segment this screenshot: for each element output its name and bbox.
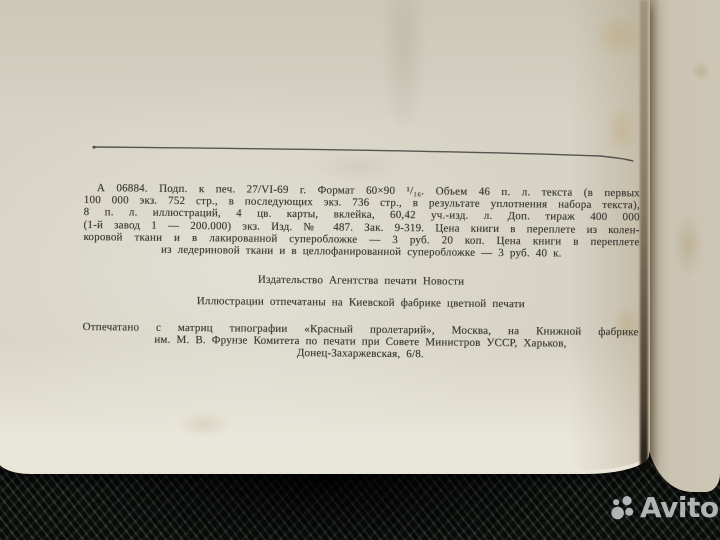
avito-watermark: Avito (610, 494, 719, 522)
page-gutter-shadow (640, 0, 648, 470)
colophon-text: А 06884. Подп. к печ. 27/VI-69 г. Формат… (82, 182, 640, 363)
avito-wordmark: Avito (640, 494, 719, 522)
book-photo: А 06884. Подп. к печ. 27/VI-69 г. Формат… (0, 0, 720, 540)
illustrations-line: Иллюстрации отпечатаны на Киевской фабри… (83, 294, 639, 312)
publisher-line: Издательство Агентства печати Новости (83, 272, 639, 290)
avito-logo-icon (610, 495, 637, 522)
book-right-page-edge (646, 0, 720, 492)
